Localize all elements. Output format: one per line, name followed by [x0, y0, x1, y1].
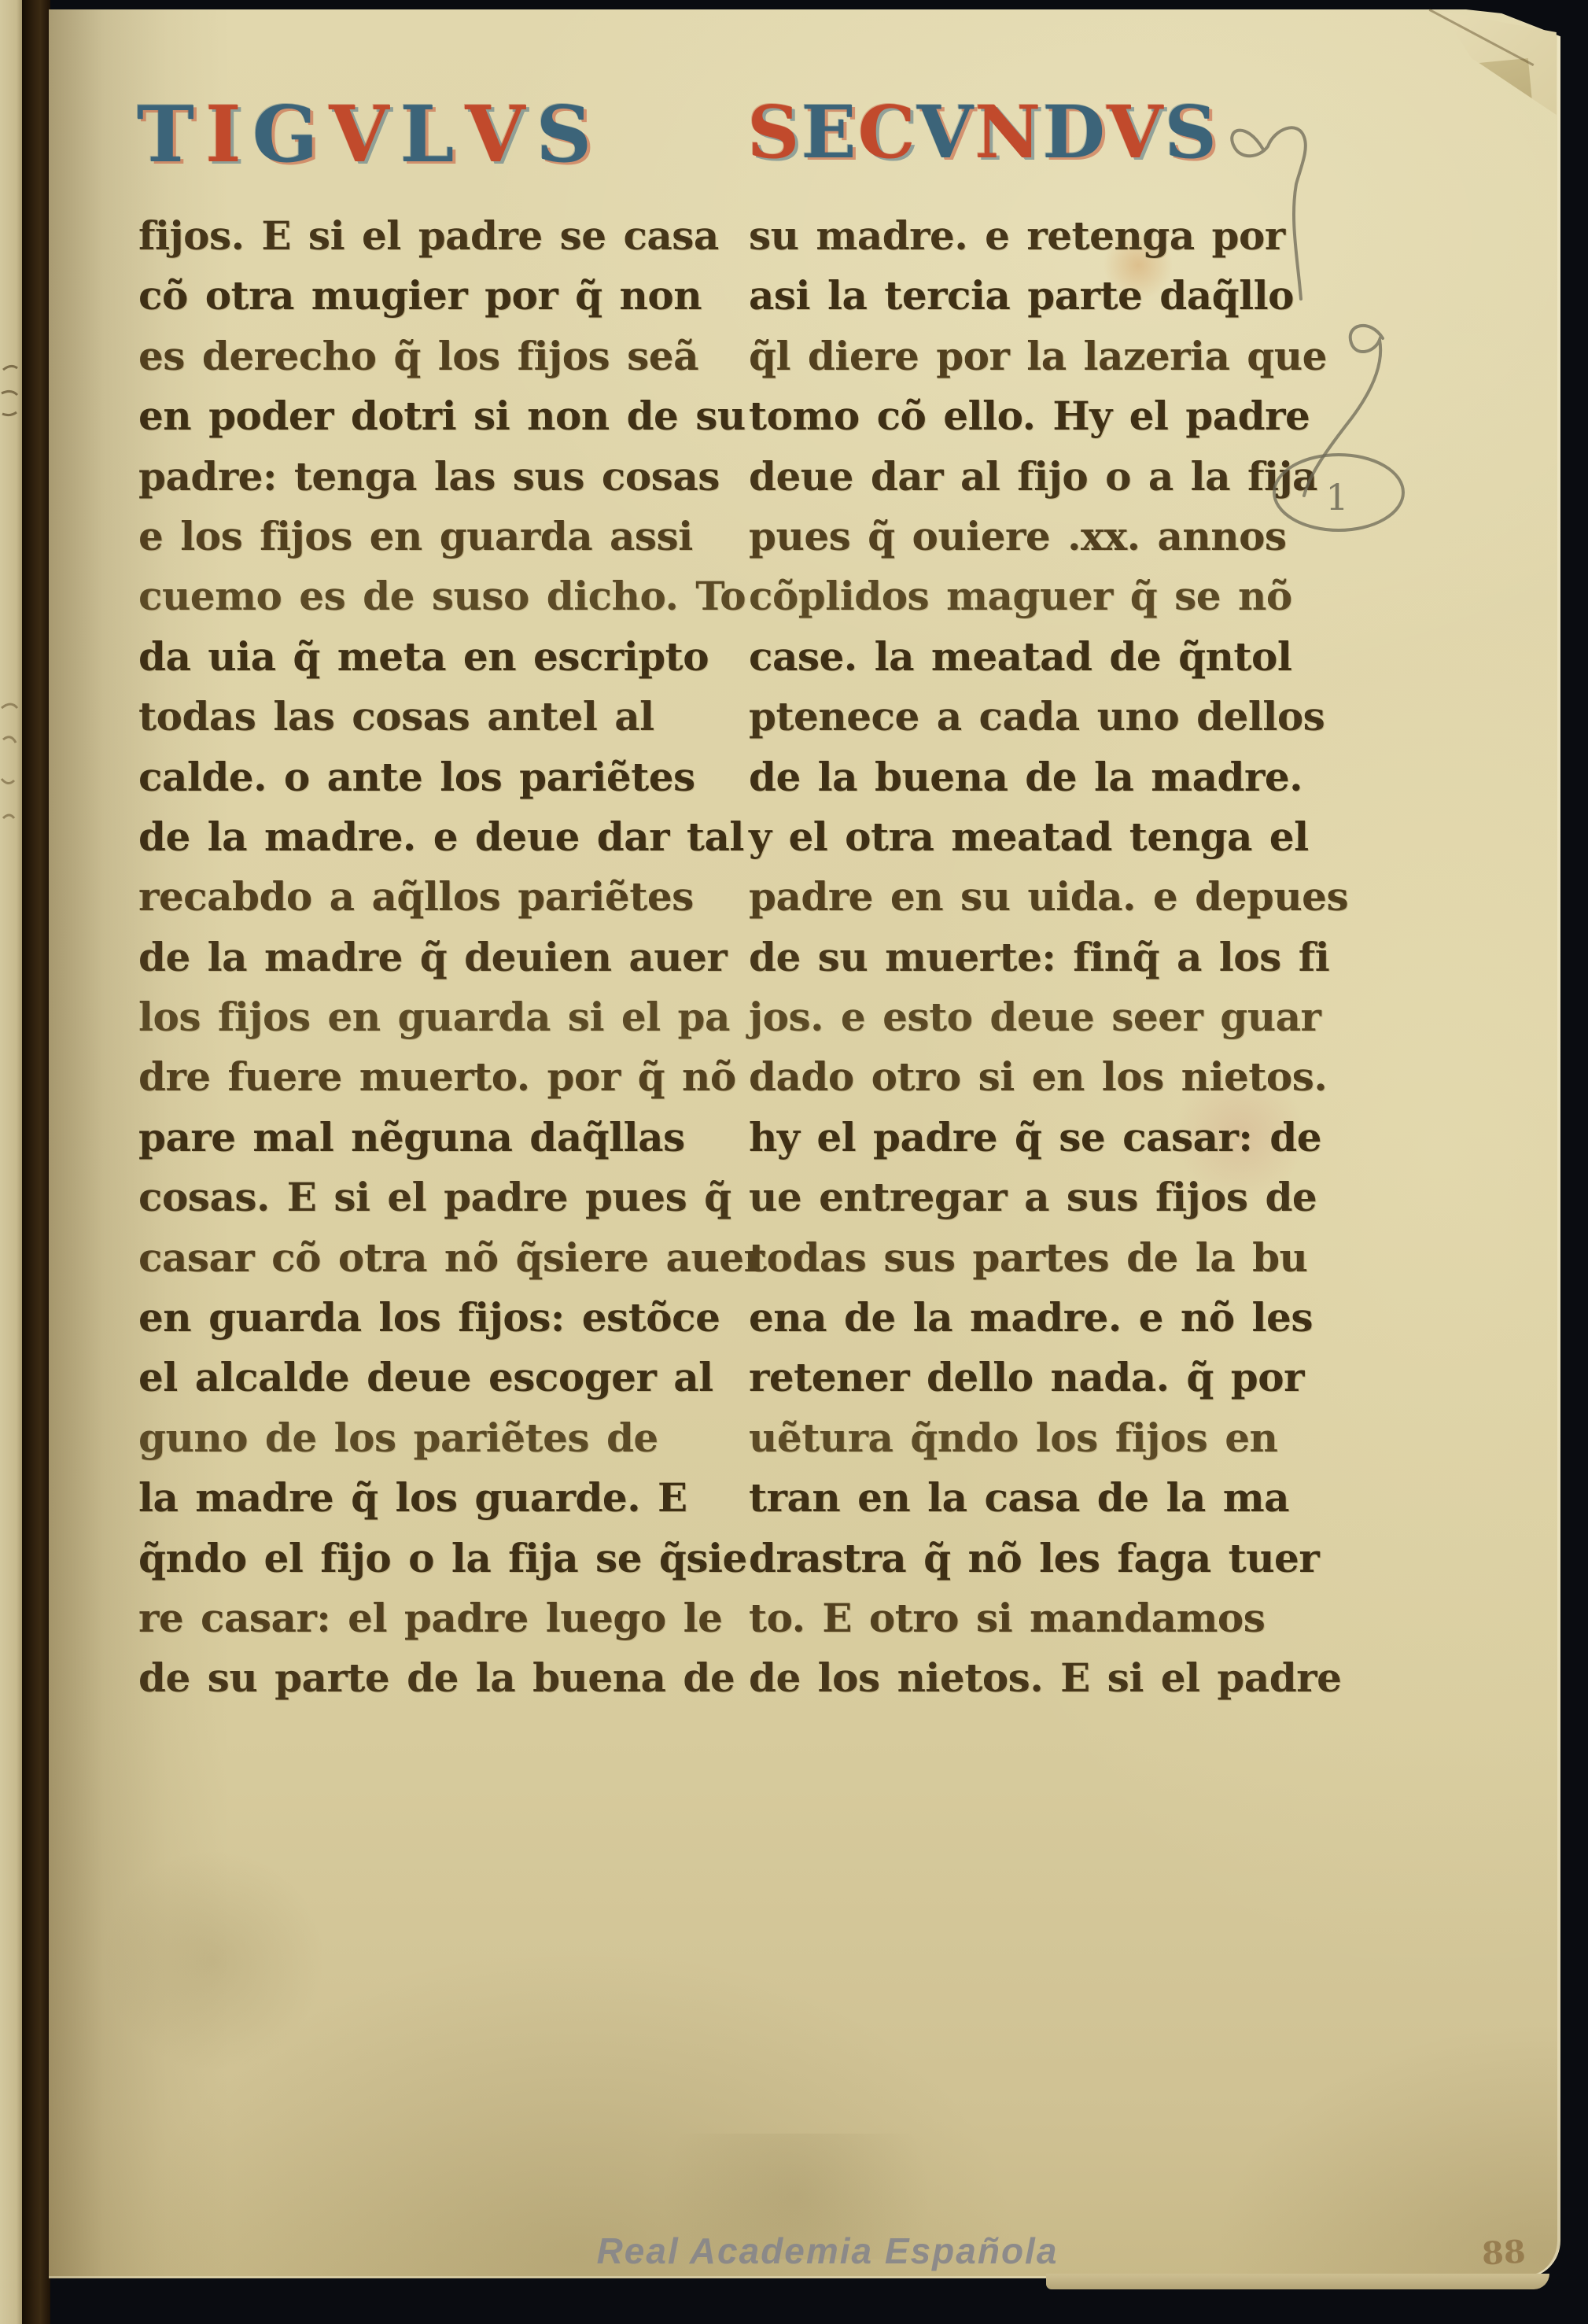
- title-letter: V: [917, 93, 975, 172]
- manuscript-line-left-10: calde. o ante los pariẽtes: [138, 747, 697, 807]
- manuscript-line-right-18: todas sus partes de la bu: [749, 1228, 1315, 1288]
- manuscript-line-left-18: casar cõ otra nõ q̃siere auer: [138, 1228, 697, 1288]
- manuscript-line-left-24: re casar: el padre luego le: [138, 1588, 697, 1648]
- title-letter: S: [1164, 93, 1218, 172]
- manuscript-line-right-14: jos. e esto deue seer guar: [749, 987, 1315, 1047]
- manuscript-line-right-11: y el otra meatad tenga el: [749, 807, 1315, 867]
- manuscript-line-right-24: to. E otro si mandamos: [749, 1588, 1315, 1648]
- manuscript-line-right-16: hy el padre q̃ se casar: de: [749, 1108, 1315, 1168]
- manuscript-line-left-16: pare mal nẽguna daq̃llas: [138, 1108, 697, 1168]
- folio-number: 88: [1481, 2234, 1527, 2273]
- manuscript-line-right-3: q̃l diere por la lazeria que: [749, 326, 1315, 386]
- manuscript-line-left-3: es derecho q̃ los fijos seã: [138, 326, 697, 386]
- stain: [96, 1819, 332, 2102]
- manuscript-line-left-9: todas las cosas antel al: [138, 687, 697, 747]
- title-letter: D: [1042, 93, 1107, 172]
- book-gutter: [22, 0, 50, 2324]
- manuscript-line-right-10: de la buena de la madre.: [749, 747, 1315, 807]
- margin-scribble-top: [1222, 102, 1427, 323]
- manuscript-line-left-21: guno de los pariẽtes de: [138, 1408, 697, 1468]
- manuscript-line-left-14: los fijos en guarda si el pa: [138, 987, 697, 1047]
- manuscript-line-right-5: deue dar al fijo o a la fija: [749, 447, 1315, 507]
- manuscript-photo: { "document": { "kind": "illuminated man…: [0, 0, 1588, 2324]
- manuscript-line-left-4: en poder dotri si non de su: [138, 386, 697, 446]
- text-column-right: su madre. e retenga porasi la tercia par…: [749, 206, 1315, 1709]
- manuscript-line-right-15: dado otro si en los nietos.: [749, 1047, 1315, 1107]
- manuscript-line-right-17: ue entregar a sus fijos de: [749, 1168, 1315, 1227]
- title-letter: E: [801, 93, 857, 172]
- under-page-edge: [1046, 2274, 1549, 2289]
- title-letter: G: [252, 93, 330, 178]
- title-letter: I: [205, 93, 252, 178]
- title-letter: S: [536, 93, 602, 178]
- manuscript-line-right-22: tran en la casa de la ma: [749, 1468, 1315, 1528]
- manuscript-line-right-9: ptenece a cada uno dellos: [749, 687, 1315, 747]
- margin-scribble-flourish: 1: [1244, 318, 1480, 538]
- manuscript-line-right-8: case. la meatad de q̃ntol: [749, 627, 1315, 687]
- manuscript-line-left-6: e los fijos en guarda assi: [138, 507, 697, 566]
- manuscript-line-left-8: da uia q̃ meta en escripto: [138, 627, 697, 687]
- title-letter: T: [137, 93, 205, 178]
- manuscript-line-left-12: recabdo a aq̃llos pariẽtes: [138, 867, 697, 927]
- manuscript-line-left-17: cosas. E si el padre pues q̃: [138, 1168, 697, 1227]
- manuscript-line-right-6: pues q̃ ouiere .xx. annos: [749, 507, 1315, 566]
- title-letter: L: [400, 93, 466, 178]
- manuscript-line-left-15: dre fuere muerto. por q̃ nõ: [138, 1047, 697, 1107]
- text-column-left: fijos. E si el padre se casacõ otra mugi…: [138, 206, 697, 1709]
- title-letter: S: [747, 93, 801, 172]
- facing-page-margin-marks: [0, 338, 24, 889]
- manuscript-line-left-20: el alcalde deue escoger al: [138, 1348, 697, 1407]
- title-letter: C: [858, 93, 917, 172]
- title-letter: N: [975, 93, 1042, 172]
- manuscript-line-left-11: de la madre. e deue dar tal: [138, 807, 697, 867]
- manuscript-line-left-5: padre: tenga las sus cosas: [138, 447, 697, 507]
- manuscript-line-right-21: uẽtura q̃ndo los fijos en: [749, 1408, 1315, 1468]
- manuscript-line-right-25: de los nietos. E si el padre: [749, 1648, 1315, 1708]
- manuscript-line-left-23: q̃ndo el fijo o la fija se q̃sie: [138, 1529, 697, 1588]
- manuscript-line-left-7: cuemo es de suso dicho. To: [138, 566, 697, 626]
- manuscript-line-left-25: de su parte de la buena de: [138, 1648, 697, 1708]
- manuscript-line-right-23: drastra q̃ nõ les faga tuer: [749, 1529, 1315, 1588]
- manuscript-line-left-19: en guarda los fijos: estõce: [138, 1288, 697, 1348]
- manuscript-line-right-4: tomo cõ ello. Hy el padre: [749, 386, 1315, 446]
- parchment-page: TIGVLVS SECVNDVS fijos. E si el padre se…: [49, 9, 1560, 2278]
- manuscript-line-left-22: la madre q̃ los guarde. E: [138, 1468, 697, 1528]
- chapter-title-right: SECVNDVS: [747, 93, 1236, 211]
- watermark-label: Real Academia Española: [552, 2230, 1103, 2272]
- manuscript-line-left-2: cõ otra mugier por q̃ non: [138, 266, 697, 326]
- manuscript-line-left-1: fijos. E si el padre se casa: [138, 206, 697, 266]
- circled-numeral: 1: [1325, 476, 1348, 518]
- manuscript-line-right-19: ena de la madre. e nõ les: [749, 1288, 1315, 1348]
- manuscript-line-left-13: de la madre q̃ deuien auer: [138, 928, 697, 987]
- manuscript-line-right-20: retener dello nada. q̃ por: [749, 1348, 1315, 1407]
- chapter-title-left: TIGVLVS: [137, 93, 700, 211]
- title-letter: V: [1107, 93, 1164, 172]
- manuscript-line-right-7: cõplidos maguer q̃ se nõ: [749, 566, 1315, 626]
- manuscript-line-right-13: de su muerte: finq̃ a los fi: [749, 928, 1315, 987]
- title-letter: V: [465, 93, 536, 178]
- manuscript-line-right-12: padre en su uida. e depues: [749, 867, 1315, 927]
- title-letter: V: [329, 93, 400, 178]
